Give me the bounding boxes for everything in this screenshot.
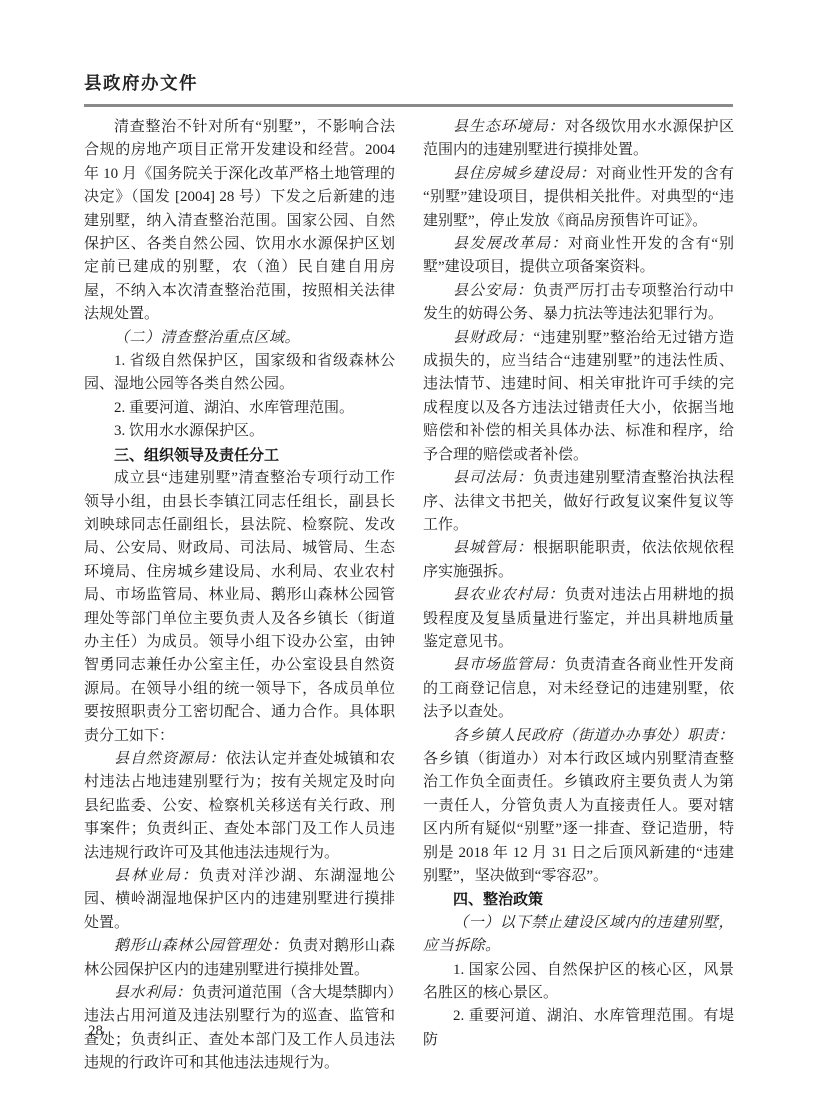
paragraph-policy-item-1: 1. 国家公园、自然保护区的核心区，风景名胜区的核心景区。 (423, 959, 734, 1006)
paragraph-key-area-3: 3. 饮用水水源保护区。 (84, 420, 395, 443)
paragraph-text: “违建别墅”整治给无过错方造成损失的，应当结合“违建别墅”的违法性质、违法情节、… (423, 330, 734, 463)
right-column: 县生态环境局：对各级饮用水水源保护区范围内的违建别墅进行摸排处置。 县住房城乡建… (423, 116, 734, 1076)
department-name: 鹅形山森林公园管理处： (114, 938, 288, 954)
header-rule (84, 104, 733, 107)
department-name: 县发展改革局： (453, 236, 568, 252)
paragraph-dept: 县司法局：负责违建别墅清查整治执法程序、法律文书把关，做好行政复议案件复议等工作… (423, 467, 734, 537)
department-name: 县农业农村局： (453, 587, 565, 603)
paragraph-key-area-2: 2. 重要河道、湖泊、水库管理范围。 (84, 397, 395, 420)
department-name: 县公安局： (453, 283, 533, 299)
paragraph-text: 各乡镇（街道办）对本行政区域内别墅清查整治工作负全面责任。乡镇政府主要负责人为第… (423, 751, 734, 884)
document-header-title: 县政府办文件 (84, 70, 198, 95)
department-name: 县司法局： (453, 470, 533, 486)
department-name: 县林业局： (114, 868, 199, 884)
document-body: 清查整治不针对所有“别墅”，不影响合法合规的房地产项目正常开发建设和经营。200… (84, 116, 734, 1076)
department-name: 县住房城乡建设局： (453, 166, 596, 182)
paragraph-dept: 县财政局：“违建别墅”整治给无过错方造成损失的，应当结合“违建别墅”的违法性质、… (423, 327, 734, 467)
paragraph-dept: 县自然资源局：依法认定并查处城镇和农村违法占地违建别墅行为；按有关规定及时向县纪… (84, 748, 395, 865)
department-name: 县水利局： (114, 985, 192, 1001)
paragraph-dept: 县公安局：负责严厉打击专项整治行动中发生的妨碍公务、暴力抗法等违法犯罪行为。 (423, 280, 734, 327)
paragraph-text: 依法认定并查处城镇和农村违法占地违建别墅行为；按有关规定及时向县纪监委、公安、检… (84, 751, 395, 861)
left-column: 清查整治不针对所有“别墅”，不影响合法合规的房地产项目正常开发建设和经营。200… (84, 116, 395, 1076)
department-name: 县城管局： (453, 540, 533, 556)
paragraph-key-area-1: 1. 省级自然保护区，国家级和省级森林公园、湿地公园等各类自然公园。 (84, 350, 395, 397)
department-name: 县财政局： (453, 330, 533, 346)
paragraph-intro: 清查整治不针对所有“别墅”，不影响合法合规的房地产项目正常开发建设和经营。200… (84, 116, 395, 327)
paragraph-key-areas-title: （二）清查整治重点区域。 (84, 327, 395, 350)
paragraph-dept: 县住房城乡建设局：对商业性开发的含有“别墅”建设项目，提供相关批件。对典型的“违… (423, 163, 734, 233)
paragraph-dept: 县林业局：负责对洋沙湖、东湖湿地公园、横岭湖湿地保护区内的违建别墅进行摸排处置。 (84, 865, 395, 935)
paragraph-dept: 鹅形山森林公园管理处：负责对鹅形山森林公园保护区内的违建别墅进行摸排处置。 (84, 935, 395, 982)
paragraph-dept: 县水利局：负责河道范围（含大堤禁脚内）违法占用河道及违法别墅行为的巡查、监管和查… (84, 982, 395, 1076)
paragraph-dept: 各乡镇人民政府（街道办办事处）职责：各乡镇（街道办）对本行政区域内别墅清查整治工… (423, 725, 734, 889)
paragraph-dept: 县生态环境局：对各级饮用水水源保护区范围内的违建别墅进行摸排处置。 (423, 116, 734, 163)
paragraph-dept: 县发展改革局：对商业性开发的含有“别墅”建设项目，提供立项备案资料。 (423, 233, 734, 280)
department-name: 县自然资源局： (114, 751, 226, 767)
paragraph-dept: 县城管局：根据职能职责，依法依规依程序实施强拆。 (423, 537, 734, 584)
department-name: 县市场监管局： (453, 657, 565, 673)
paragraph-policy-1-title: （一）以下禁止建设区域内的违建别墅，应当拆除。 (423, 912, 734, 959)
paragraph-policy-item-2: 2. 重要河道、湖泊、水库管理范围。有堤防 (423, 1005, 734, 1052)
department-name: 各乡镇人民政府（街道办办事处）职责： (453, 728, 734, 744)
document-page: 县政府办文件 清查整治不针对所有“别墅”，不影响合法合规的房地产项目正常开发建设… (0, 0, 816, 1099)
section-heading-3: 三、组织领导及责任分工 (84, 444, 395, 467)
section-heading-4: 四、整治政策 (423, 888, 734, 911)
paragraph-dept: 县市场监管局：负责清查各商业性开发商的工商登记信息，对未经登记的违建别墅，依法予… (423, 654, 734, 724)
department-name: 县生态环境局： (453, 119, 565, 135)
paragraph-dept: 县农业农村局：负责对违法占用耕地的损毁程度及复垦质量进行鉴定，并出具耕地质量鉴定… (423, 584, 734, 654)
page-number: 28 (88, 1023, 103, 1040)
paragraph-leading-group: 成立县“违建别墅”清查整治专项行动工作领导小组，由县长李镇江同志任组长，副县长刘… (84, 467, 395, 748)
